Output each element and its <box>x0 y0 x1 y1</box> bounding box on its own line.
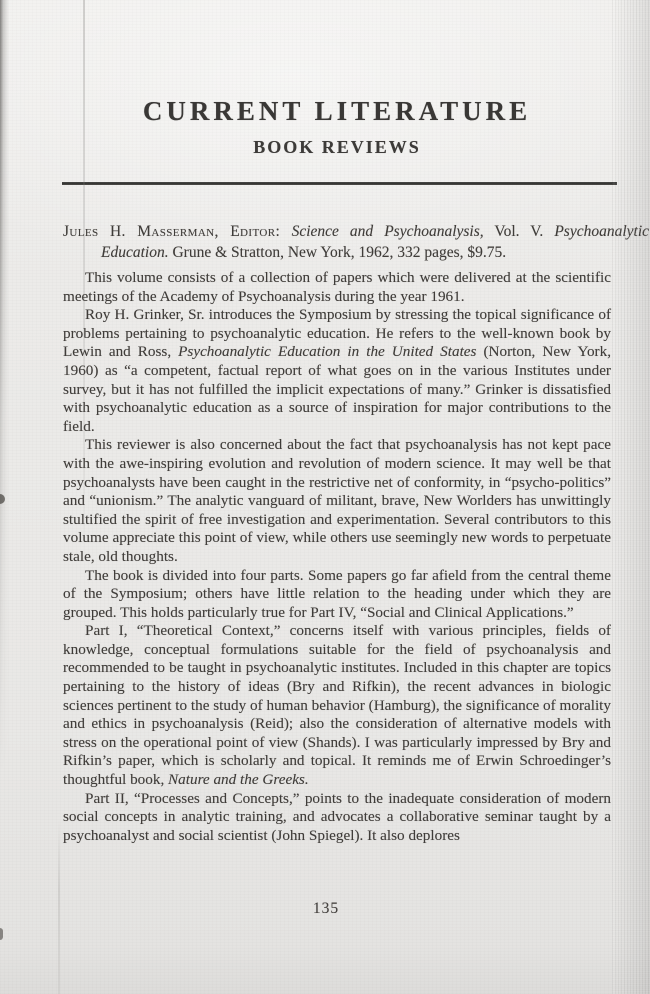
left-margin-mark-lower <box>0 928 3 940</box>
paragraph: This reviewer is also concerned about th… <box>63 436 611 566</box>
binding-edge-shadow <box>0 0 10 775</box>
book-citation: Jules H. Masserman, Editor: Science and … <box>63 222 649 263</box>
left-margin-mark <box>0 494 5 504</box>
page-number: 135 <box>63 900 589 918</box>
divider-rule <box>62 182 617 185</box>
text-run: Part I, “Theoretical Context,” concerns … <box>63 622 611 788</box>
text-run: Nature and the Greeks. <box>168 771 309 788</box>
text-run: Science and Psychoanalysis, <box>292 223 484 240</box>
scan-edge-texture <box>612 0 650 994</box>
text-run: This volume consists of a collection of … <box>63 269 611 305</box>
text-run: Grune & Stratton, New York, 1962, 332 pa… <box>169 244 507 261</box>
paragraph: The book is divided into four parts. Som… <box>63 567 611 623</box>
text-run: Vol. V. <box>484 223 555 240</box>
paragraph: This volume consists of a collection of … <box>63 269 611 306</box>
text-run: Part II, “Processes and Concepts,” point… <box>63 790 611 844</box>
text-run: Psychoanalytic Education in the United S… <box>178 343 476 360</box>
page-subtitle: BOOK REVIEWS <box>63 137 611 158</box>
review-text: This volume consists of a collection of … <box>63 269 611 845</box>
paragraph: Part II, “Processes and Concepts,” point… <box>63 790 611 846</box>
paper-crease-bottom <box>58 820 60 994</box>
page-title: CURRENT LITERATURE <box>63 96 611 127</box>
text-run: Jules H. Masserman, Editor: <box>63 223 292 240</box>
paragraph: Roy H. Grinker, Sr. introduces the Sympo… <box>63 306 611 436</box>
text-run: This reviewer is also concerned about th… <box>63 436 611 565</box>
paragraph: Part I, “Theoretical Context,” concerns … <box>63 622 611 789</box>
scanned-book-page: CURRENT LITERATURE BOOK REVIEWS Jules H.… <box>0 0 650 994</box>
text-run: The book is divided into four parts. Som… <box>63 567 611 621</box>
